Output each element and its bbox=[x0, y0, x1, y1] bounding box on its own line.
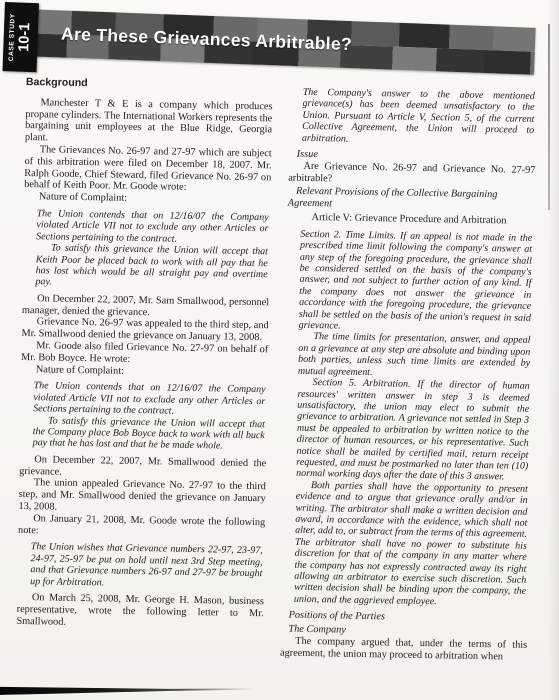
paragraph: On January 21, 2008, Mr. Goode wrote the… bbox=[18, 513, 265, 541]
paragraph: To satisfy this grievance the Union will… bbox=[33, 415, 266, 453]
paragraph: The Union contends that on 12/16/07 the … bbox=[36, 208, 269, 246]
page-body: BackgroundManchester T & E is a company … bbox=[16, 77, 538, 663]
paragraph: To satisfy this grievance the Union will… bbox=[35, 242, 268, 292]
case-study-banner: Are These Grievances Arbitrable? bbox=[20, 9, 535, 75]
paragraph: The Company's answer to the above mentio… bbox=[302, 87, 535, 148]
paragraph: Article V: Grievance Procedure and Arbit… bbox=[287, 212, 534, 228]
paragraph: Relevant Provisions of the Collective Ba… bbox=[288, 186, 535, 214]
scanned-page: Are These Grievances Arbitrable? CASE ST… bbox=[0, 0, 559, 700]
case-study-tab: CASE STUDY 10-1 bbox=[2, 2, 39, 72]
left-column: BackgroundManchester T & E is a company … bbox=[16, 77, 273, 659]
paragraph: Section 2. Time Limits. If an appeal is … bbox=[299, 229, 533, 336]
paragraph: The Grievances No. 26-97 and 27-97 which… bbox=[24, 144, 272, 195]
page-edge-line bbox=[548, 24, 550, 210]
paragraph: The Union contends that on 12/16/07 the … bbox=[33, 381, 266, 419]
case-study-tab-label: CASE STUDY bbox=[8, 13, 17, 61]
paragraph: Manchester T & E is a company which prod… bbox=[25, 97, 273, 148]
paragraph: The union appealed Grievance No. 27-97 t… bbox=[18, 477, 266, 517]
paragraph: Are Grievance No. 26-97 and Grievance No… bbox=[288, 160, 535, 188]
paragraph: The time limits for presentation, answer… bbox=[298, 331, 531, 381]
paragraph: Section 5. Arbitration. If the director … bbox=[296, 377, 530, 484]
case-study-tab-number: 10-1 bbox=[16, 22, 33, 52]
paragraph: Both parties shall have the opportunity … bbox=[294, 480, 528, 609]
paragraph: The company argued that, under the terms… bbox=[280, 635, 527, 663]
paragraph: Background bbox=[26, 77, 273, 93]
paragraph: The Union wishes that Grievance numbers … bbox=[30, 542, 263, 592]
right-column: The Company's answer to the above mentio… bbox=[280, 82, 537, 664]
paragraph: On March 25, 2008, Mr. George H. Mason, … bbox=[16, 592, 264, 632]
page-bottom-edge-shadow bbox=[0, 683, 312, 695]
